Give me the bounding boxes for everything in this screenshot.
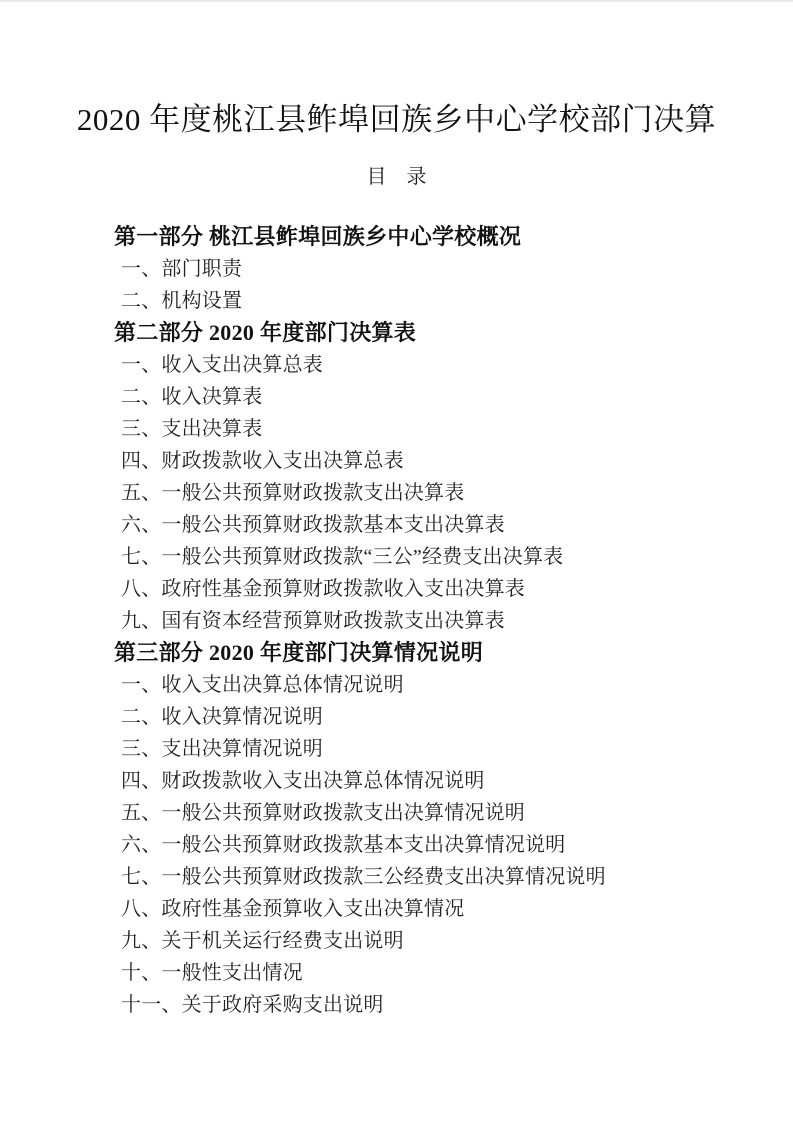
toc-item: 四、财政拨款收入支出决算总表 xyxy=(114,445,733,477)
toc-item: 六、一般公共预算财政拨款基本支出决算情况说明 xyxy=(114,829,733,861)
toc-item: 十一、关于政府采购支出说明 xyxy=(114,989,733,1021)
toc-item: 五、一般公共预算财政拨款支出决算表 xyxy=(114,477,733,509)
toc-title: 目 录 xyxy=(0,161,793,193)
toc-item: 一、部门职责 xyxy=(114,253,733,285)
toc-item: 十、一般性支出情况 xyxy=(114,957,733,989)
toc-item: 八、政府性基金预算收入支出决算情况 xyxy=(114,893,733,925)
toc-section-heading: 第三部分 2020 年度部门决算情况说明 xyxy=(114,637,733,669)
toc-item: 一、收入支出决算总体情况说明 xyxy=(114,669,733,701)
document-title: 2020 年度桃江县鲊埠回族乡中心学校部门决算 xyxy=(0,99,793,141)
toc-section-heading: 第一部分 桃江县鲊埠回族乡中心学校概况 xyxy=(114,221,733,253)
toc-item: 三、支出决算情况说明 xyxy=(114,733,733,765)
toc-item: 三、支出决算表 xyxy=(114,413,733,445)
toc-item: 六、一般公共预算财政拨款基本支出决算表 xyxy=(114,509,733,541)
toc-item: 八、政府性基金预算财政拨款收入支出决算表 xyxy=(114,573,733,605)
toc-item: 五、一般公共预算财政拨款支出决算情况说明 xyxy=(114,797,733,829)
toc-item: 七、一般公共预算财政拨款三公经费支出决算情况说明 xyxy=(114,861,733,893)
toc-item: 四、财政拨款收入支出决算总体情况说明 xyxy=(114,765,733,797)
toc-item: 一、收入支出决算总表 xyxy=(114,349,733,381)
toc-section-heading: 第二部分 2020 年度部门决算表 xyxy=(114,317,733,349)
toc-item: 九、关于机关运行经费支出说明 xyxy=(114,925,733,957)
toc-item: 二、收入决算情况说明 xyxy=(114,701,733,733)
toc-item: 二、机构设置 xyxy=(114,285,733,317)
toc-item: 七、一般公共预算财政拨款“三公”经费支出决算表 xyxy=(114,541,733,573)
toc-item: 九、国有资本经营预算财政拨款支出决算表 xyxy=(114,605,733,637)
toc-item: 二、收入决算表 xyxy=(114,381,733,413)
table-of-contents: 第一部分 桃江县鲊埠回族乡中心学校概况一、部门职责二、机构设置第二部分 2020… xyxy=(114,221,733,1021)
document-page: 2020 年度桃江县鲊埠回族乡中心学校部门决算 目 录 第一部分 桃江县鲊埠回族… xyxy=(0,0,793,1122)
